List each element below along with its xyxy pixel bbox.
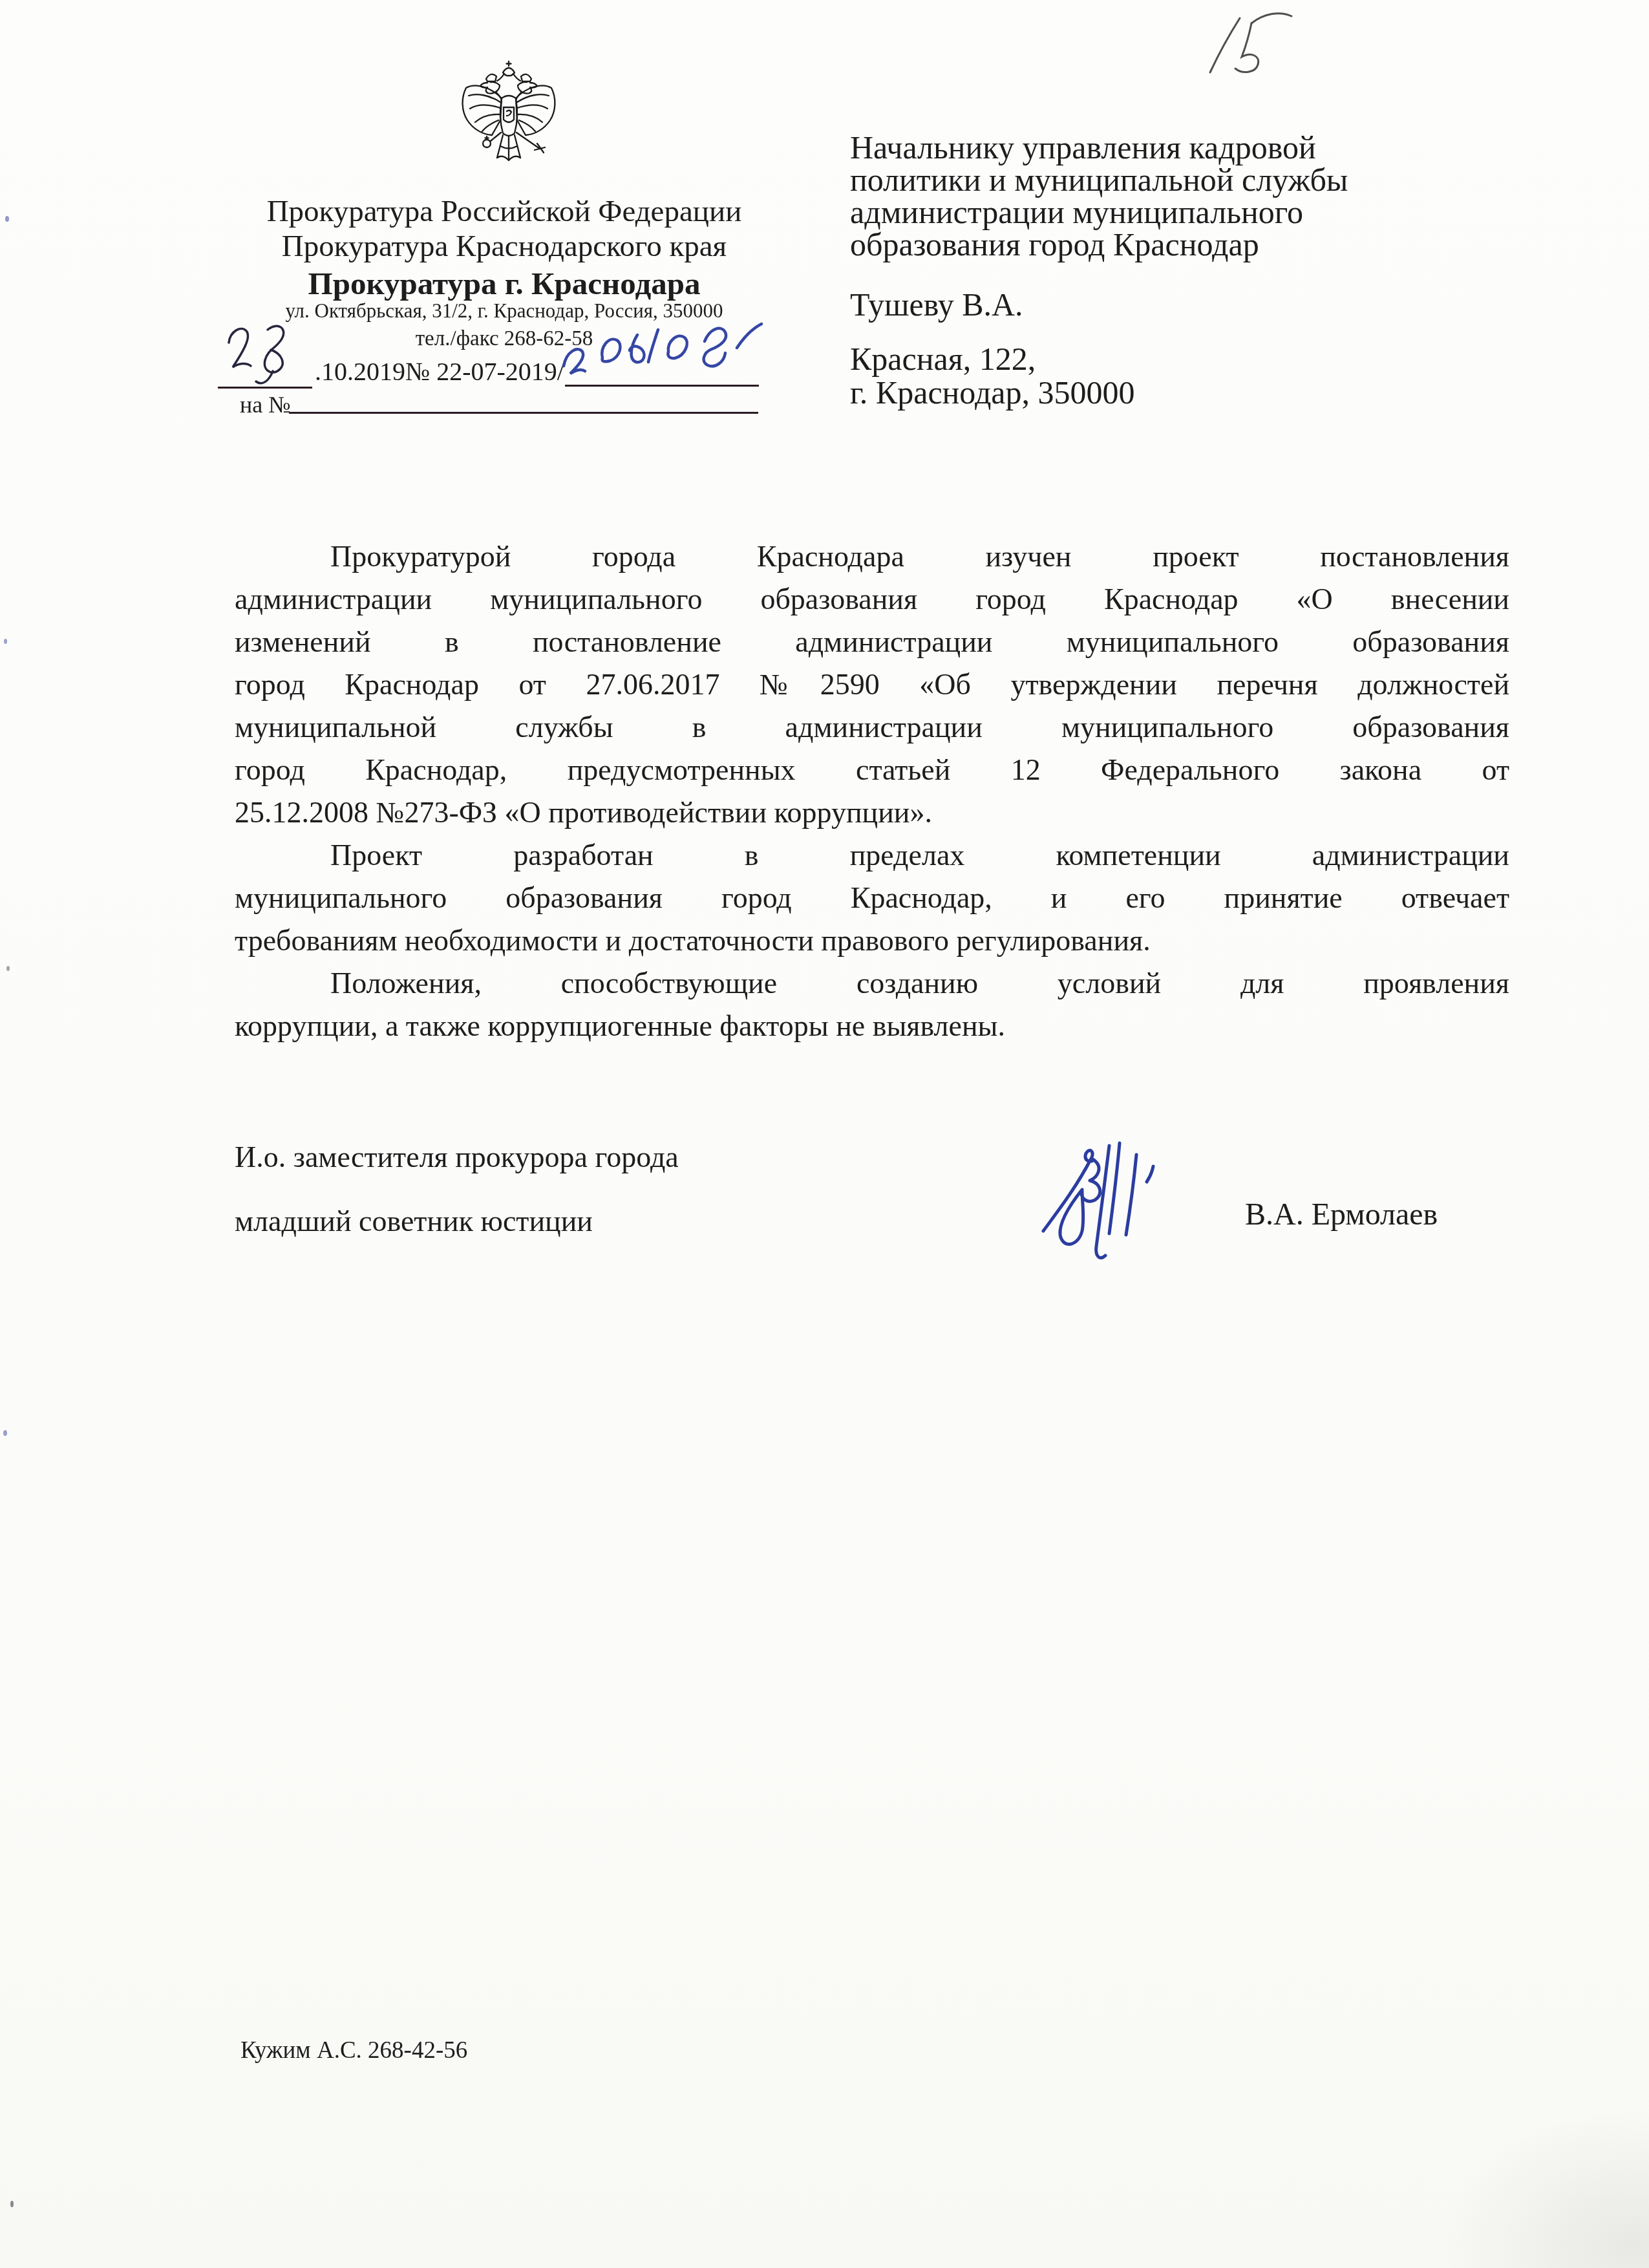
scan-artifact-dot: [5, 216, 9, 222]
reply-to-label: на №: [240, 391, 291, 418]
letterhead-org-line1: Прокуратура Российской Федерации: [213, 194, 795, 229]
addressee-address-line: Красная, 122,: [850, 342, 1135, 376]
letter-body: Прокуратурой города Краснодара изучен пр…: [235, 535, 1509, 1047]
handwritten-page-number: [1196, 6, 1299, 81]
addressee-title: Начальнику управления кадровой политики …: [850, 131, 1348, 261]
addressee-title-line: образования город Краснодар: [850, 228, 1348, 261]
body-line: коррупции, а также коррупциогенные факто…: [235, 1005, 1509, 1047]
body-line: требованиям необходимости и достаточност…: [235, 919, 1509, 962]
body-line: муниципального образования город Краснод…: [235, 877, 1509, 919]
body-line: Проект разработан в пределах компетенции…: [235, 834, 1509, 877]
addressee-title-line: политики и муниципальной службы: [850, 164, 1348, 196]
handwritten-day-ink: [213, 304, 304, 391]
signatory-name: В.А. Ермолаев: [1245, 1197, 1438, 1232]
body-line: город Краснодар от 27.06.2017 №2590 «Об …: [235, 663, 1509, 706]
coat-of-arms-icon: [451, 59, 567, 189]
body-line: город Краснодар, предусмотренных статьей…: [235, 749, 1509, 791]
addressee-address: Красная, 122, г. Краснодар, 350000: [850, 342, 1135, 409]
body-line: администрации муниципального образования…: [235, 578, 1509, 621]
executor-contact: Кужим А.С. 268-42-56: [240, 2037, 467, 2064]
scan-artifact-dot: [4, 639, 7, 644]
body-line: муниципальной службы в администрации мун…: [235, 706, 1509, 749]
scan-artifact-dot: [10, 2201, 14, 2207]
body-line: изменений в постановление администрации …: [235, 621, 1509, 663]
signatory-position-line1: И.о. заместителя прокурора города: [235, 1140, 679, 1174]
handwritten-outgoing-number-ink: [555, 303, 768, 390]
addressee-name: Тушеву В.А.: [850, 288, 1023, 321]
letter-page: Прокуратура Российской Федерации Прокура…: [0, 0, 1649, 2268]
body-line: 25.12.2008 №273-ФЗ «О противодействии ко…: [235, 791, 1509, 834]
ref-number-underline: [565, 385, 759, 387]
reply-to-underline: [289, 412, 758, 414]
ref-day-underline: [218, 387, 312, 389]
letterhead-org-line2: Прокуратура Краснодарского края: [213, 229, 795, 264]
scan-artifact-dot: [6, 966, 10, 971]
ref-printed-number: .10.2019№ 22-07-2019/: [315, 356, 564, 387]
addressee-title-line: Начальнику управления кадровой: [850, 131, 1348, 164]
scan-artifact-dot: [3, 1430, 7, 1436]
addressee-title-line: администрации муниципального: [850, 196, 1348, 228]
letterhead-org-line3: Прокуратура г. Краснодара: [213, 265, 795, 302]
addressee-address-line: г. Краснодар, 350000: [850, 376, 1135, 409]
signatory-position-line2: младший советник юстиции: [235, 1204, 593, 1238]
body-line: Прокуратурой города Краснодара изучен пр…: [235, 535, 1509, 578]
signature-ink: [1033, 1126, 1162, 1268]
body-line: Положения, способствующие созданию услов…: [235, 962, 1509, 1005]
